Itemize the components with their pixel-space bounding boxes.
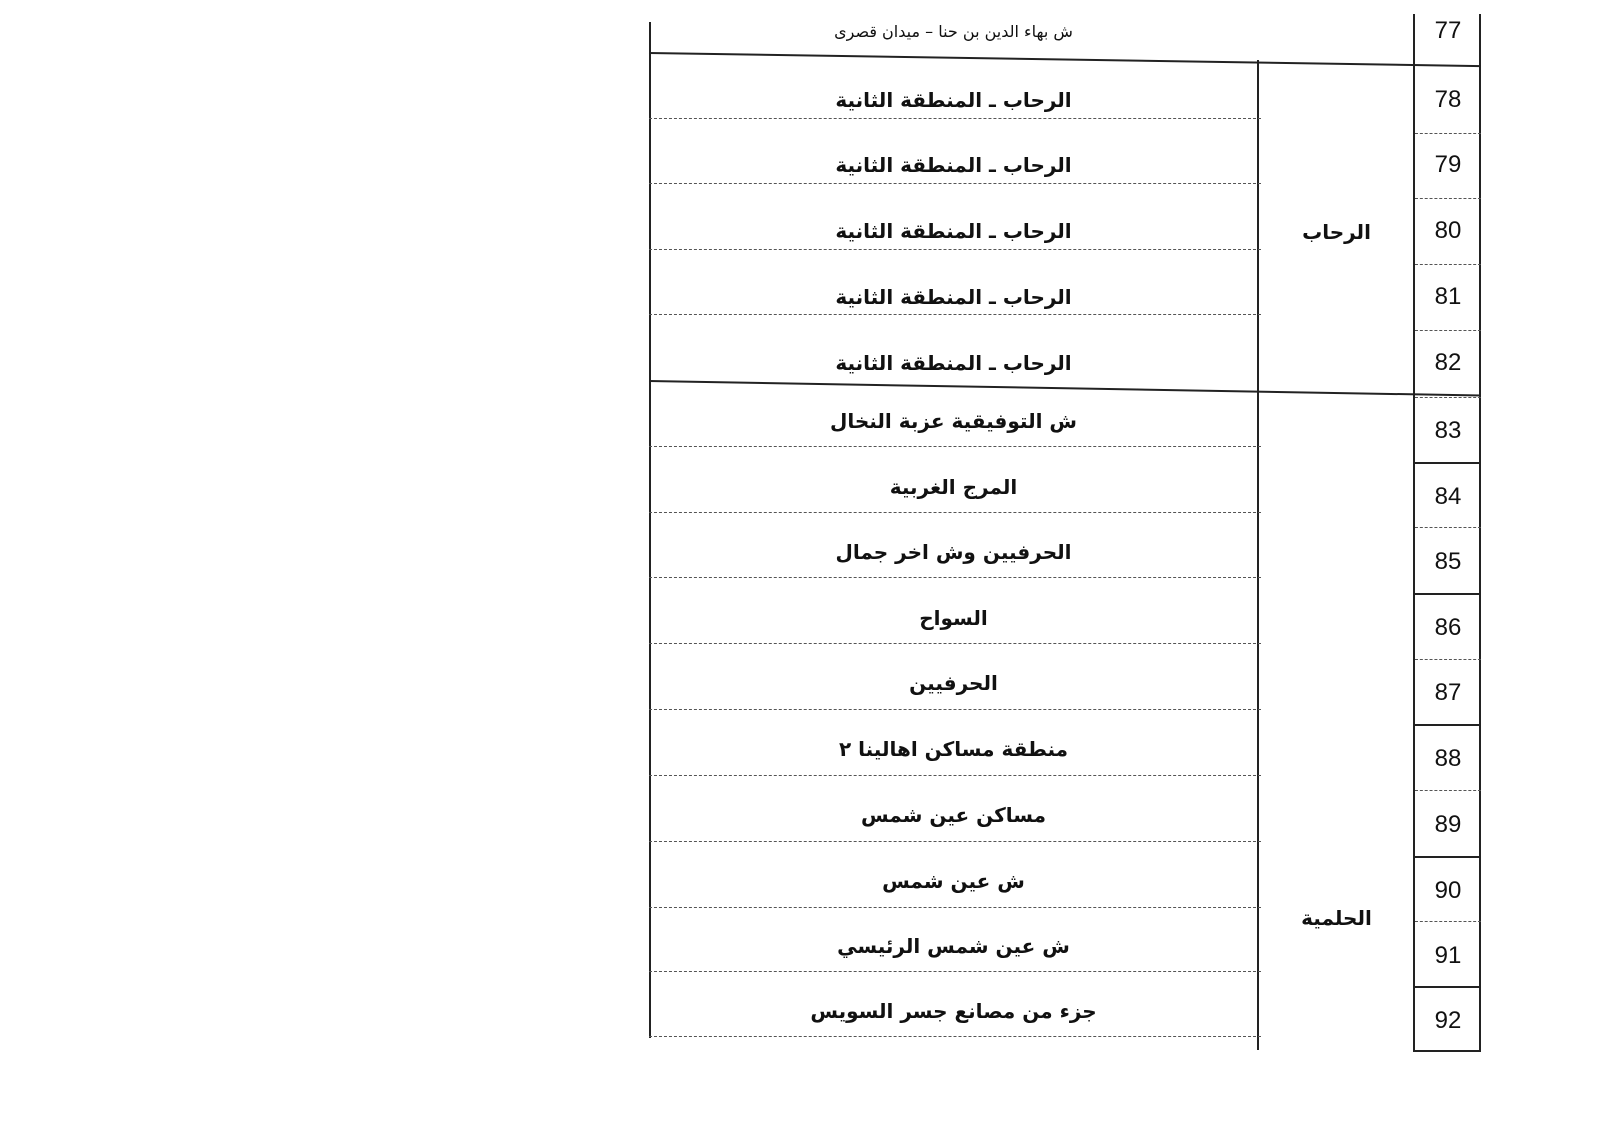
street-cell: جزء من مصانع جسر السويس (649, 978, 1258, 1044)
street-cell: ش بهاء الدين بن حنا – ميدان قصرى (649, 8, 1258, 54)
number-cell: 78 (1415, 67, 1481, 133)
row-divider (649, 118, 1261, 119)
table-row: السواح86 (649, 585, 1481, 651)
number-cell: 80 (1415, 198, 1481, 264)
table-row: منطقة مساكن اهالينا ٢88 (649, 716, 1481, 782)
row-divider (1415, 264, 1481, 265)
district-cell: الرحاب (1258, 67, 1415, 397)
street-cell: مساكن عين شمس (649, 782, 1258, 848)
row-divider (1415, 198, 1481, 199)
street-cell: ش عين شمس (649, 848, 1258, 914)
row-divider (649, 249, 1261, 250)
table-row: ش بهاء الدين بن حنا – ميدان قصرى 77 (649, 8, 1481, 54)
row-divider (649, 446, 1261, 447)
street-cell: الرحاب ـ المنطقة الثانية (649, 264, 1258, 330)
row-divider (1415, 462, 1481, 464)
row-divider (1415, 921, 1481, 922)
table-row: جزء من مصانع جسر السويس92 (649, 978, 1481, 1044)
row-divider (649, 775, 1261, 776)
number-cell: 77 (1415, 8, 1481, 54)
table-row: ش التوفيقية عزبة النخال83 (649, 388, 1481, 454)
table-row: مساكن عين شمس89 (649, 782, 1481, 848)
street-cell: ش التوفيقية عزبة النخال (649, 388, 1258, 454)
row-divider (649, 314, 1261, 315)
row-divider (1415, 790, 1481, 791)
row-divider (1415, 659, 1481, 660)
street-cell: الرحاب ـ المنطقة الثانية (649, 132, 1258, 198)
street-cell: الرحاب ـ المنطقة الثانية (649, 198, 1258, 264)
table-row: الحرفيين وش اخر جمال85 (649, 519, 1481, 585)
row-divider (649, 577, 1261, 578)
row-divider (1415, 527, 1481, 528)
number-cell: 82 (1415, 330, 1481, 396)
street-cell: السواح (649, 585, 1258, 651)
table-row: الحرفيين87 (649, 650, 1481, 716)
group-divider (649, 52, 1481, 67)
row-divider (649, 643, 1261, 644)
row-divider (649, 971, 1261, 972)
row-divider (649, 1036, 1261, 1037)
street-cell: الرحاب ـ المنطقة الثانية (649, 67, 1258, 133)
row-divider (1415, 856, 1481, 858)
row-divider (649, 841, 1261, 842)
streets-table: ش بهاء الدين بن حنا – ميدان قصرى 77 الرح… (649, 0, 1481, 1052)
row-divider (1415, 1050, 1481, 1052)
street-cell: ش عين شمس الرئيسي (649, 913, 1258, 979)
row-divider (649, 183, 1261, 184)
row-divider (1415, 330, 1481, 331)
table-row: المرج الغربية84 (649, 454, 1481, 520)
row-divider (1415, 133, 1481, 134)
row-divider (1415, 593, 1481, 595)
street-cell: المرج الغربية (649, 454, 1258, 520)
row-divider (1415, 724, 1481, 726)
row-divider (649, 709, 1261, 710)
number-cell: 92 (1415, 988, 1481, 1054)
number-cell: 81 (1415, 264, 1481, 330)
row-divider (1415, 986, 1481, 988)
street-cell: منطقة مساكن اهالينا ٢ (649, 716, 1258, 782)
street-cell: الحرفيين وش اخر جمال (649, 519, 1258, 585)
row-divider (649, 512, 1261, 513)
street-cell: الحرفيين (649, 650, 1258, 716)
district-cell: الحلمية (1258, 885, 1415, 951)
row-divider (1415, 397, 1481, 398)
row-divider (649, 907, 1261, 908)
number-cell: 79 (1415, 132, 1481, 198)
